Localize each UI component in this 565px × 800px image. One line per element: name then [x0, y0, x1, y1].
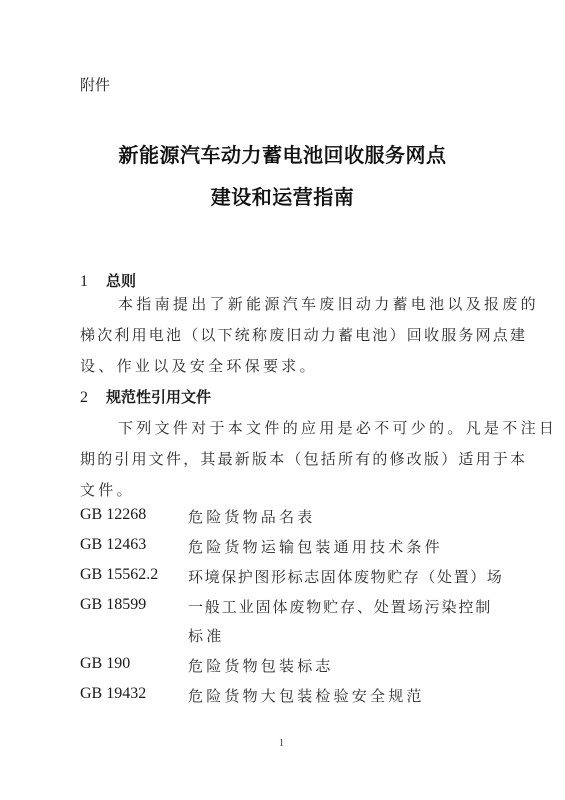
reference-row-continuation: 标准: [80, 625, 500, 649]
paragraph-line: 下列文件对于本文件的应用是必不可少的。凡是不注日: [118, 417, 557, 438]
section-heading-normative-references: 2规范性引用文件: [80, 386, 211, 407]
reference-code: GB 18599: [80, 596, 146, 614]
reference-title: 危险货物运输包装通用技术条件: [188, 536, 443, 557]
document-title-line-2: 建设和运营指南: [0, 181, 565, 210]
section-number: 2: [80, 389, 106, 407]
reference-title: 危险货物包装标志: [188, 655, 334, 676]
reference-code: GB 15562.2: [80, 566, 158, 584]
reference-row: GB 190 危险货物包装标志: [80, 655, 500, 679]
reference-code: GB 12463: [80, 536, 146, 554]
reference-title: 一般工业固体废物贮存、处置场污染控制: [188, 596, 492, 617]
reference-title-continuation: 标准: [188, 625, 224, 646]
section-number: 1: [80, 273, 106, 291]
paragraph-line: 设、作业以及安全环保要求。: [80, 355, 318, 376]
paragraph-line: 文件。: [80, 479, 135, 500]
reference-row: GB 18599 一般工业固体废物贮存、处置场污染控制: [80, 596, 500, 620]
section-title: 规范性引用文件: [106, 388, 211, 406]
reference-row: GB 19432 危险货物大包装检验安全规范: [80, 685, 500, 709]
reference-row: GB 15562.2 环境保护图形标志固体废物贮存（处置）场: [80, 566, 500, 590]
reference-title: 危险货物品名表: [188, 506, 315, 527]
paragraph-line: 期的引用文件，其最新版本（包括所有的修改版）适用于本: [80, 448, 527, 469]
document-title-line-1: 新能源汽车动力蓄电池回收服务网点: [0, 139, 565, 168]
reference-row: GB 12268 危险货物品名表: [80, 506, 500, 530]
reference-title: 环境保护图形标志固体废物贮存（处置）场: [188, 566, 503, 587]
paragraph-line: 梯次利用电池（以下统称废旧动力蓄电池）回收服务网点建: [80, 324, 527, 345]
section-title: 总则: [106, 272, 136, 290]
page-number: 1: [279, 738, 284, 749]
reference-code: GB 19432: [80, 685, 146, 703]
paragraph-line: 本指南提出了新能源汽车废旧动力蓄电池以及报废的: [118, 293, 539, 314]
section-heading-general: 1总则: [80, 270, 136, 291]
reference-code: GB 190: [80, 655, 130, 673]
attachment-label: 附件: [80, 74, 110, 95]
reference-code: GB 12268: [80, 506, 146, 524]
reference-title: 危险货物大包装检验安全规范: [188, 685, 425, 706]
reference-row: GB 12463 危险货物运输包装通用技术条件: [80, 536, 500, 560]
document-page: 附件 新能源汽车动力蓄电池回收服务网点 建设和运营指南 1总则 本指南提出了新能…: [0, 0, 565, 800]
